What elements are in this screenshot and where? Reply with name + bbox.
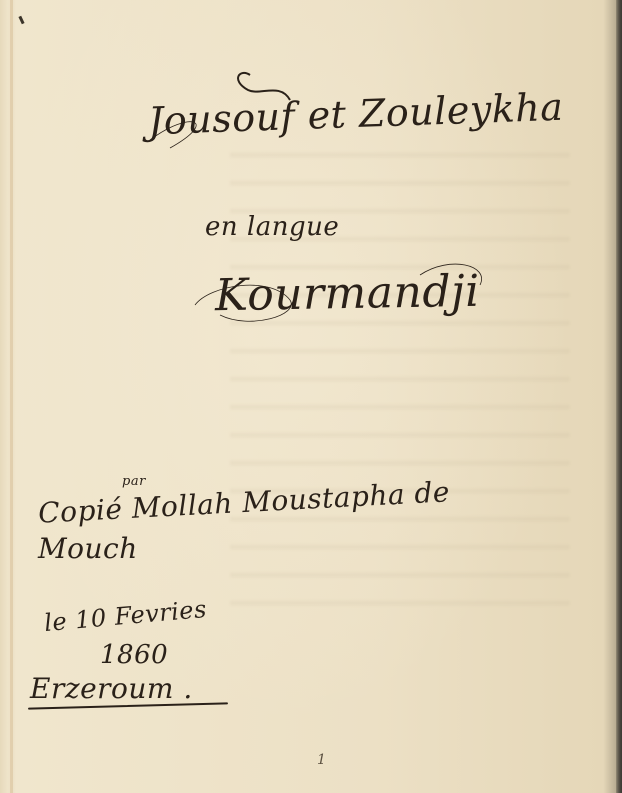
date-day-month: le 10 Fevries [43, 595, 208, 637]
manuscript-title: Jousouf et Zouleykha [147, 85, 564, 143]
manuscript-subtitle: en langue [205, 212, 339, 242]
ink-mark [18, 16, 24, 25]
copy-prefix: Copié [37, 492, 123, 529]
date-year: 1860 [100, 640, 168, 670]
copyist-origin: Mouch [38, 532, 138, 565]
binding-edge [616, 0, 622, 793]
copy-insert-par: par [122, 474, 146, 489]
manuscript-language: Kourmandji [215, 266, 481, 322]
manuscript-page: Jousouf et Zouleykha en langue Kourmandj… [0, 0, 622, 793]
page-edge-band [10, 0, 13, 793]
date-city: Erzeroum . [30, 672, 193, 705]
page-number: 1 [317, 752, 326, 768]
